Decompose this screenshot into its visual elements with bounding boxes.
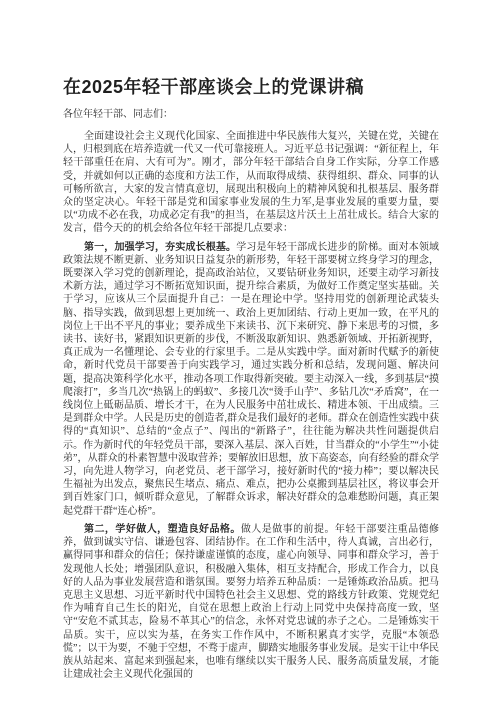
paragraph-point-two-text: 做人是做事的前提。年轻干部要注重品德修养，做到诚实守信、谦逊包容、团结协作。在工… bbox=[63, 524, 439, 680]
paragraph-point-one-lead: 第一，加强学习，夯实成长根基。 bbox=[84, 242, 236, 253]
paragraph-opening-text: 全面建设社会主义现代化国家、全面推进中华民族伟大复兴，关键在党，关键在人，归根到… bbox=[63, 131, 439, 234]
paragraph-opening: 全面建设社会主义现代化国家、全面推进中华民族伟大复兴，关键在党，关键在人，归根到… bbox=[63, 130, 439, 236]
paragraph-point-one: 第一，加强学习，夯实成长根基。学习是年轻干部成长进步的阶梯。面对本领域政策法规不… bbox=[63, 241, 439, 518]
document-title: 在2025年轻干部座谈会上的党课讲稿 bbox=[63, 76, 439, 98]
salutation-line: 各位年轻干部、同志们： bbox=[63, 108, 439, 121]
paragraph-point-two: 第二，学好做人，塑造良好品格。做人是做事的前提。年轻干部要注重品德修养，做到诚实… bbox=[63, 523, 439, 681]
document-page: 在2025年轻干部座谈会上的党课讲稿 各位年轻干部、同志们： 全面建设社会主义现… bbox=[0, 0, 500, 707]
paragraph-point-two-lead: 第二，学好做人，塑造良好品格。 bbox=[84, 524, 241, 535]
paragraph-point-one-text: 学习是年轻干部成长进步的阶梯。面对本领域政策法规不断更新、业务知识日益复杂的新形… bbox=[63, 242, 439, 517]
